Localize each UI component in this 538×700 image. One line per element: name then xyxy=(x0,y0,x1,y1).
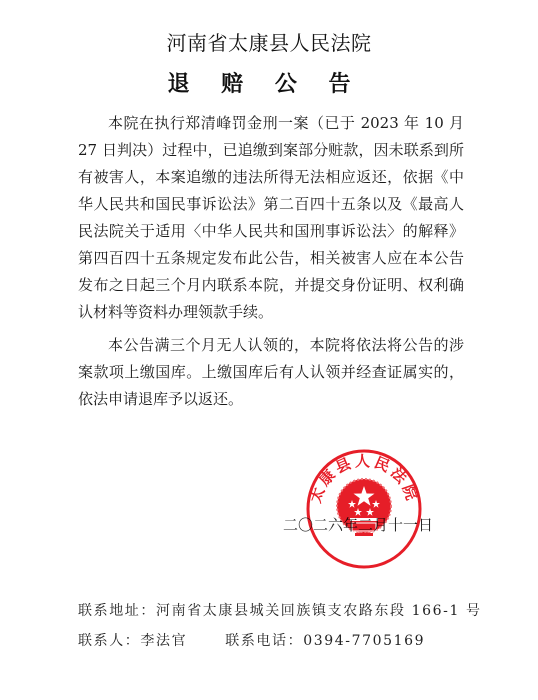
contact-footer: 联系地址：河南省太康县城关回族镇支农路东段 166-1 号 联系人：李法官联系电… xyxy=(78,596,482,656)
phone-value: 0394-7705169 xyxy=(303,633,425,649)
court-seal-icon: 太康县人民法院 xyxy=(305,448,423,570)
court-name-heading: 河南省太康县人民法院 xyxy=(0,27,538,56)
address-value: 河南省太康县城关回族镇支农路东段 166-1 号 xyxy=(156,603,482,619)
notice-title: 退 赔 公 告 xyxy=(0,67,530,98)
contact-label: 联系人： xyxy=(78,633,140,649)
paragraph-1: 本院在执行郑清峰罚金刑一案（已于 2023 年 10 月 27 日判决）过程中，… xyxy=(78,110,464,326)
contact-value: 李法官 xyxy=(140,633,187,649)
phone-label: 联系电话： xyxy=(225,633,303,649)
address-label: 联系地址： xyxy=(78,603,156,619)
notice-page: 河南省太康县人民法院 退 赔 公 告 本院在执行郑清峰罚金刑一案（已于 2023… xyxy=(0,0,538,700)
address-row: 联系地址：河南省太康县城关回族镇支农路东段 166-1 号 xyxy=(78,596,482,626)
notice-date: 二〇二六年二月十一日 xyxy=(283,514,433,535)
notice-body: 本院在执行郑清峰罚金刑一案（已于 2023 年 10 月 27 日判决）过程中，… xyxy=(78,110,464,419)
contact-row: 联系人：李法官联系电话：0394-7705169 xyxy=(78,626,482,656)
paragraph-2: 本公告满三个月无人认领的，本院将依法将公告的涉案款项上缴国库。上缴国库后有人认领… xyxy=(78,332,464,413)
